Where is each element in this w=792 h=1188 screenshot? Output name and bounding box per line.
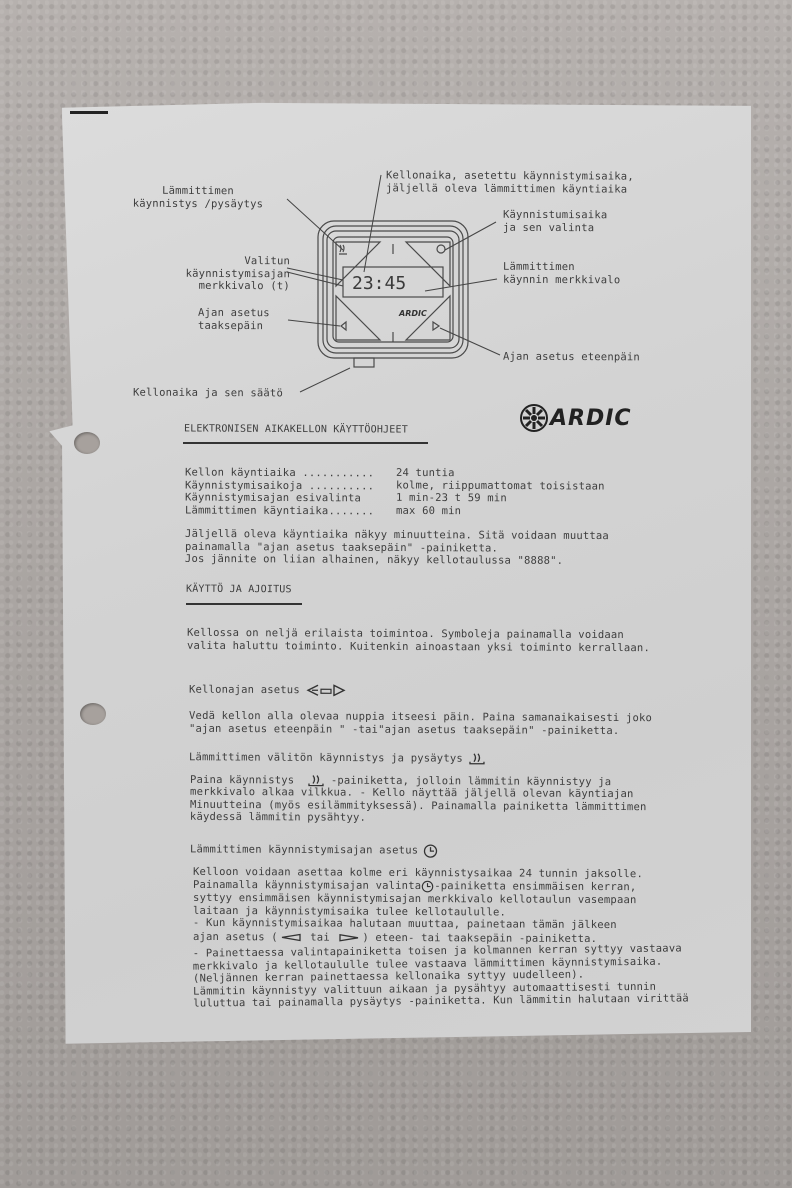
punch-hole (80, 703, 106, 725)
spec-row: Käynnistymisajan esivalinta 1 min-23 t 5… (185, 492, 605, 505)
immediate-heading: Lämmittimen välitön käynnistys ja pysäyt… (189, 750, 485, 766)
spec-row: Kellon käyntiaika ........... 24 tuntia (185, 467, 605, 480)
heading-text: Kellonajan asetus (189, 684, 300, 697)
intro-paragraph: Kellossa on neljä erilaista toimintoa. S… (187, 627, 650, 654)
section-title-underline (186, 603, 302, 605)
title-underline (183, 442, 428, 444)
spec-row: Käynnistymisaikoja .......... kolme, rii… (185, 480, 605, 493)
spec-value: kolme, riippumattomat toisistaan (396, 479, 605, 493)
text: Painamalla käynnistymisajan valinta (193, 879, 421, 893)
spec-label: Lämmittimen käyntiaika....... (185, 504, 396, 518)
spec-label: Käynnistymisaikoja .......... (185, 479, 396, 493)
spec-value: 1 min-23 t 59 min (396, 492, 507, 505)
text: Paina käynnistys (190, 774, 294, 787)
ardic-logo: ARDIC (519, 403, 632, 433)
clock-set-heading: Kellonajan asetus (189, 684, 346, 697)
arrow-right-icon (339, 934, 359, 942)
label-selected-start-indicator: Valitun käynnistymisajan merkkivalo (t) (180, 255, 290, 293)
remaining-time-note: Jäljellä oleva käyntiaika näkyy minuutte… (185, 528, 609, 568)
display-readout: 23:45 (352, 273, 406, 294)
spec-list: Kellon käyntiaika ........... 24 tuntia … (185, 467, 605, 517)
spec-label: Kellon käyntiaika ........... (185, 466, 396, 480)
timer-device-diagram: 23:45 ARDIC (0, 0, 792, 420)
spec-value: max 60 min (396, 504, 461, 517)
text: -painiketta ensimmäisen kerran, (434, 880, 636, 894)
clock-set-text: Vedä kellon alla olevaa nuppia itseesi p… (189, 710, 652, 737)
label-heater-start-stop: Lämmittimen käynnistys /pysäytys (128, 185, 268, 211)
text: tai (304, 932, 337, 945)
heading-text: Lämmittimen käynnistymisajan asetus (190, 844, 418, 858)
label-clock-adjust: Kellonaika ja sen säätö (133, 387, 283, 400)
immediate-text: merkkivalo alkaa vilkkua. - Kello näyttä… (190, 786, 647, 826)
preset-heading: Lämmittimen käynnistymisajan asetus (190, 842, 438, 858)
spec-row: Lämmittimen käyntiaika....... max 60 min (185, 505, 605, 518)
clock-icon (421, 880, 434, 893)
preset-text-continued: - Painettaessa valintapainiketta toisen … (193, 942, 689, 1010)
spec-value: 24 tuntia (396, 467, 455, 480)
label-heater-run-indicator: Lämmittimen käynnin merkkivalo (503, 261, 621, 287)
arrow-left-icon (281, 934, 301, 942)
heading-text: Lämmittimen välitön käynnistys ja pysäyt… (189, 751, 463, 765)
label-start-time-select: Käynnistumisaika ja sen valinta (503, 209, 607, 235)
label-time-forward: Ajan asetus eteenpäin (503, 351, 640, 364)
preset-text: syttyy ensimmäisen käynnistymisajan merk… (193, 892, 637, 932)
fan-icon (519, 403, 549, 433)
clock-icon (423, 844, 438, 859)
text: ajan asetus ( (193, 931, 278, 944)
section-title: KÄYTTÖ JA AJOITUS (186, 584, 292, 597)
arrow-left-bar-right-icon (306, 684, 346, 696)
label-time-back: Ajan asetus taaksepäin (198, 307, 270, 332)
punch-hole (74, 432, 100, 454)
brand-wordmark: ARDIC (550, 406, 632, 431)
heater-icon (469, 752, 485, 766)
document-title: ELEKTRONISEN AIKAKELLON KÄYTTÖOHJEET (184, 423, 408, 437)
device-brand: ARDIC (398, 309, 427, 318)
spec-label: Käynnistymisajan esivalinta (185, 491, 396, 505)
label-display-info: Kellonaika, asetettu käynnistymisaika, j… (386, 169, 634, 195)
